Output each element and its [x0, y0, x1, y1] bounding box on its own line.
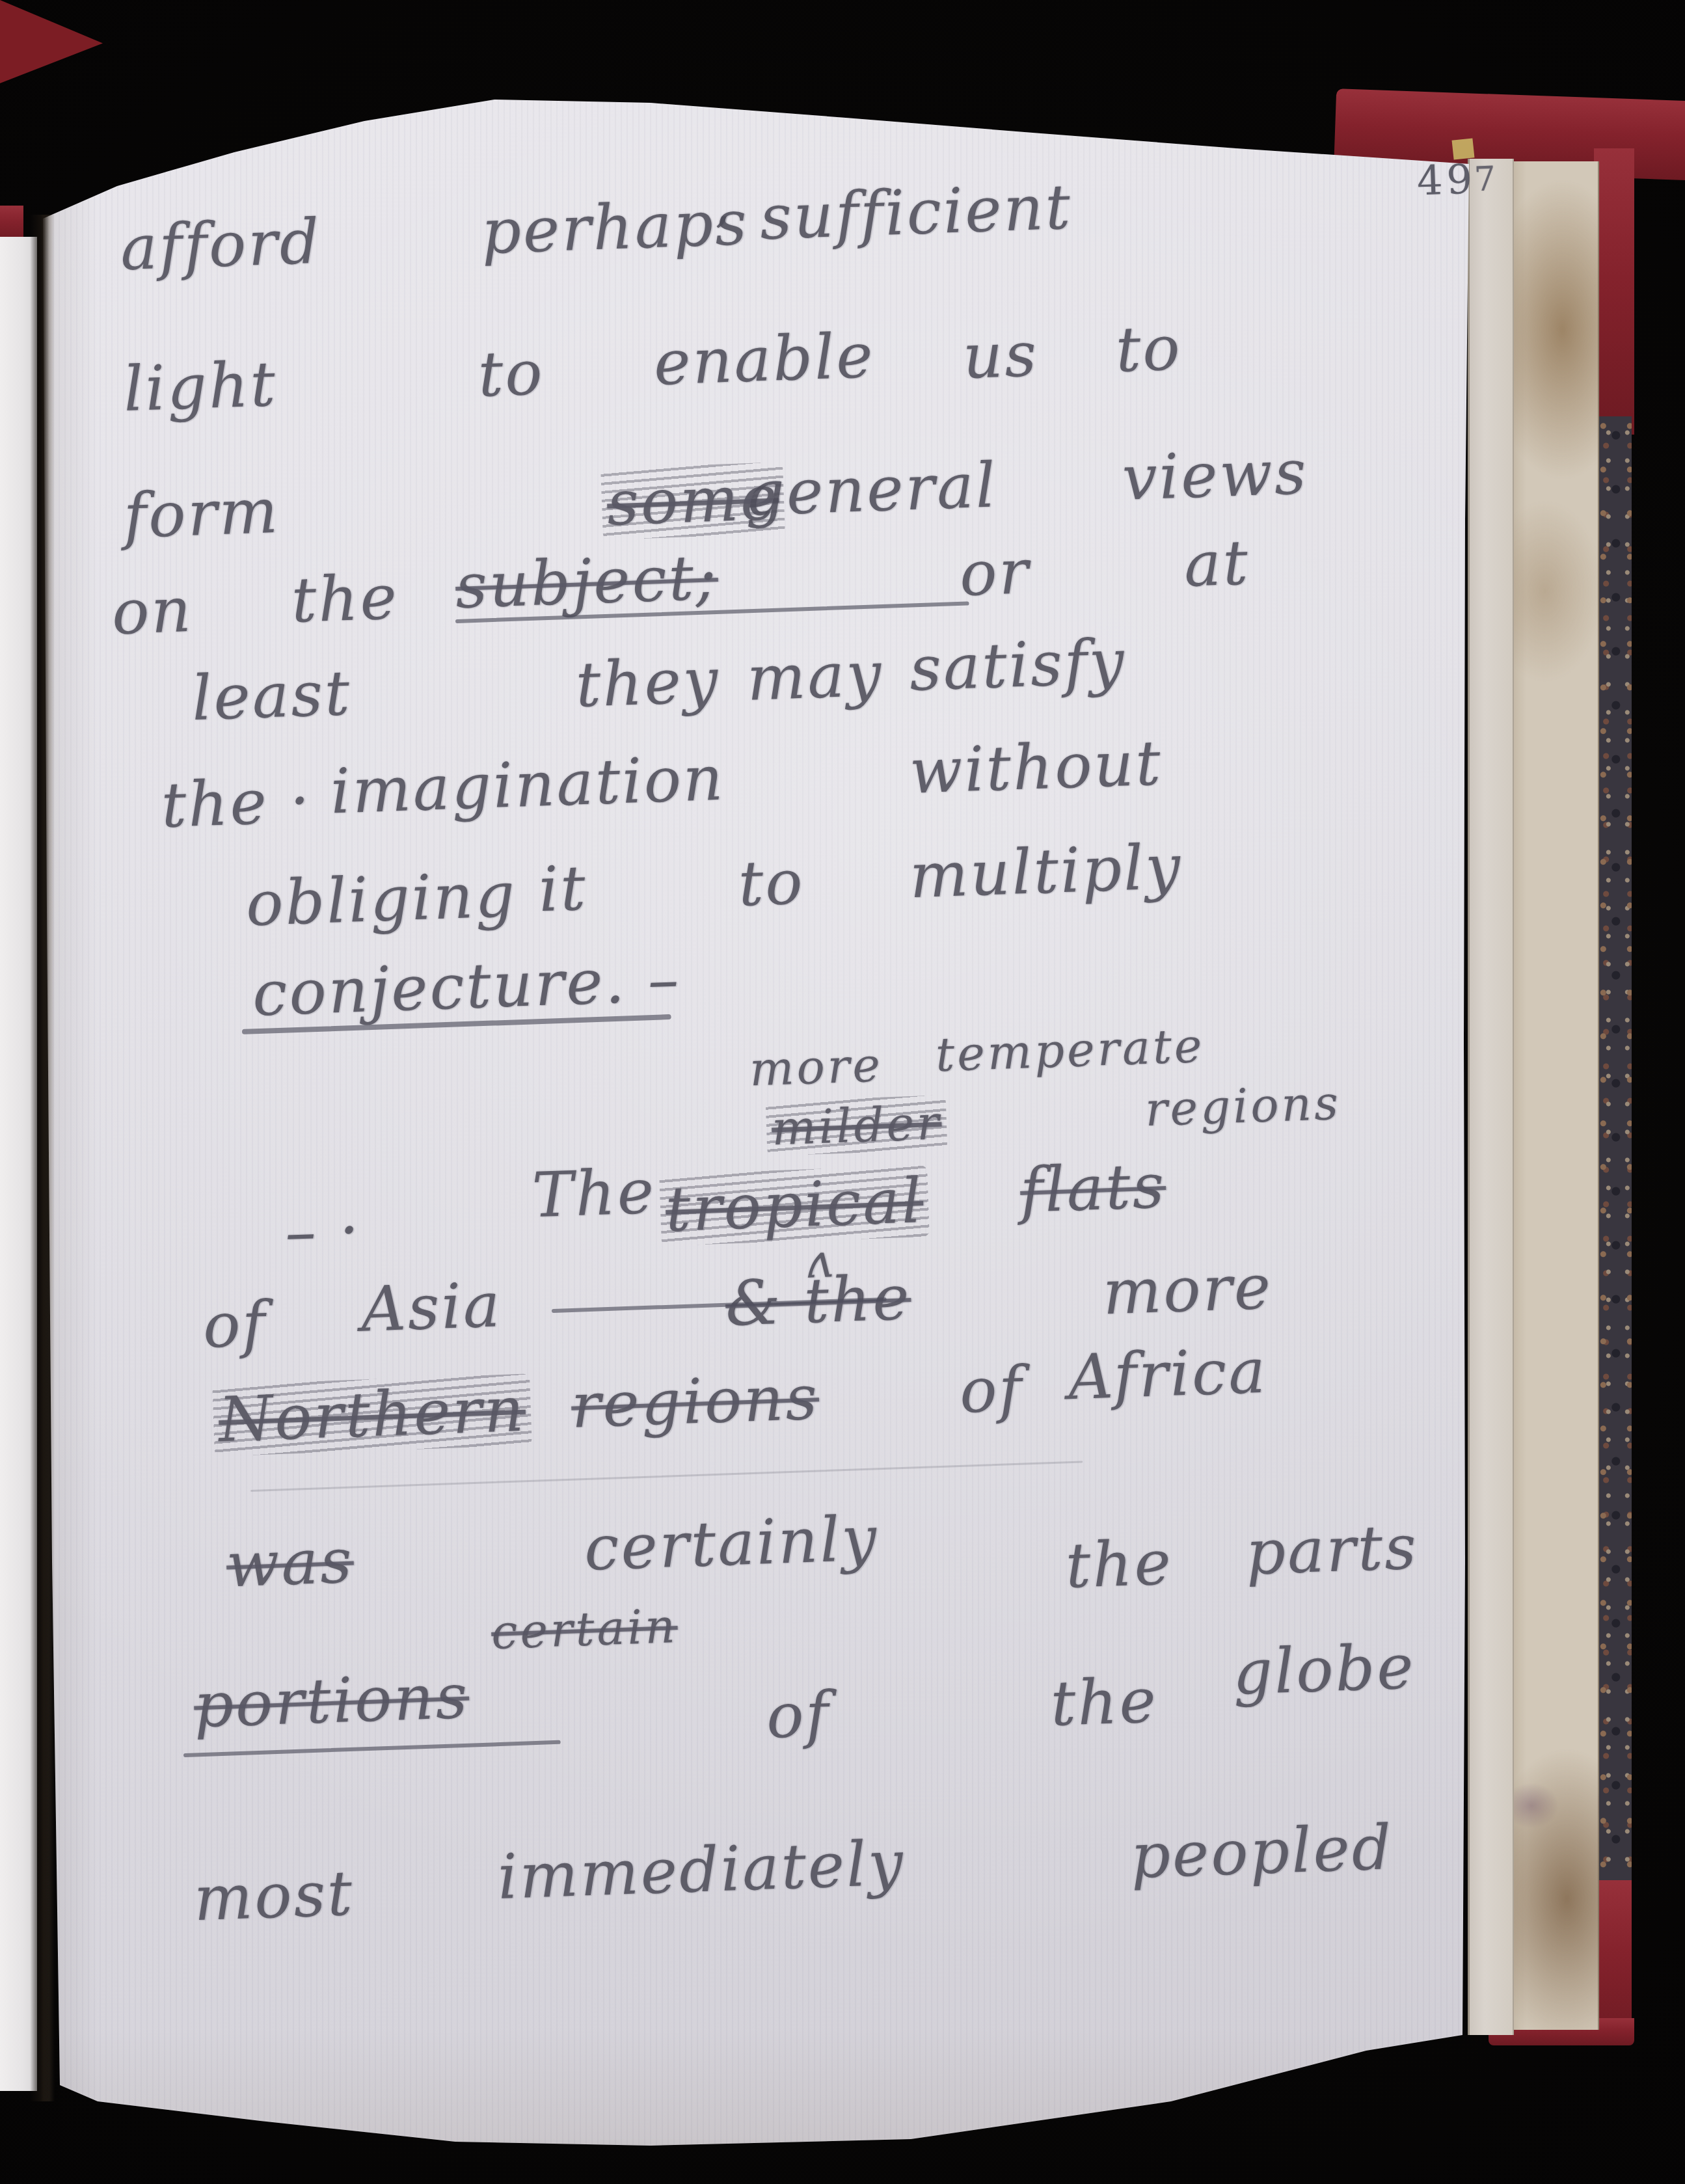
handwriting-layer: afford perhaps ’ sufficient light to ena… [0, 0, 1685, 2184]
manuscript-word: sufficient [759, 172, 1073, 254]
manuscript-word: the [290, 561, 399, 637]
manuscript-word: the · [160, 765, 313, 842]
manuscript-deleted-word: portions [193, 1661, 470, 1742]
manuscript-word: the [1049, 1665, 1159, 1740]
manuscript-deleted-word: tropical [659, 1165, 930, 1246]
manuscript-word: enable [653, 320, 876, 399]
manuscript-deleted-word: flats [1019, 1150, 1167, 1227]
manuscript-word: imagination [329, 742, 726, 828]
manuscript-word: to [737, 846, 805, 920]
manuscript-deleted-word: regions [570, 1362, 820, 1442]
manuscript-word: general [744, 450, 998, 530]
manuscript-word: of [958, 1353, 1025, 1427]
manuscript-word: multiply [908, 831, 1183, 913]
manuscript-word: least [191, 658, 353, 735]
manuscript-word: most [193, 1858, 355, 1935]
manuscript-deleted-word: certain [491, 1598, 679, 1660]
manuscript-stray-mark: ’ [714, 207, 733, 262]
manuscript-word: Asia [360, 1269, 503, 1345]
manuscript-word: globe [1232, 1631, 1416, 1709]
manuscript-word: peopled [1129, 1812, 1394, 1893]
manuscript-word: obliging [245, 859, 518, 940]
manuscript-inserted-word: regions [1144, 1075, 1342, 1137]
faint-pencil-stroke [250, 1461, 1083, 1492]
manuscript-photo: 49 7 afford perhaps ’ sufficient light t… [0, 0, 1685, 2184]
manuscript-word: us [962, 319, 1040, 393]
manuscript-word: parts [1245, 1511, 1419, 1589]
manuscript-word: more [1101, 1251, 1274, 1328]
manuscript-word: Africa [1067, 1336, 1268, 1414]
manuscript-word: to [1114, 312, 1183, 386]
manuscript-word: at [1183, 527, 1251, 600]
manuscript-word: it [537, 853, 588, 926]
manuscript-word: The [531, 1156, 657, 1232]
manuscript-deleted-word: milder [766, 1095, 948, 1156]
manuscript-word: views [1121, 437, 1309, 515]
manuscript-word: light [122, 349, 278, 425]
manuscript-inserted-word: more [749, 1037, 883, 1096]
manuscript-word: may [746, 638, 884, 714]
manuscript-word: of [765, 1678, 831, 1752]
manuscript-word: certainly [583, 1503, 880, 1585]
manuscript-word: immediately [496, 1827, 906, 1913]
manuscript-deleted-word: subject; [454, 542, 719, 623]
manuscript-inserted-word: temperate [935, 1018, 1206, 1082]
manuscript-word: on [111, 574, 194, 649]
manuscript-dash-mark: – · [284, 1194, 362, 1269]
manuscript-word: without [908, 727, 1163, 807]
manuscript-word: satisfy [908, 626, 1127, 705]
manuscript-word: perhaps [480, 187, 749, 268]
manuscript-deleted-word: was [225, 1526, 355, 1602]
manuscript-word: afford [119, 206, 322, 285]
pencil-underline-stroke [183, 1740, 561, 1757]
manuscript-word: to [477, 337, 545, 411]
manuscript-word: of [202, 1288, 268, 1362]
manuscript-word: or [958, 536, 1031, 610]
manuscript-deleted-word: Northern [212, 1374, 532, 1457]
manuscript-word: the [1064, 1527, 1174, 1602]
manuscript-word: they [574, 645, 721, 721]
manuscript-word: form [122, 476, 281, 552]
